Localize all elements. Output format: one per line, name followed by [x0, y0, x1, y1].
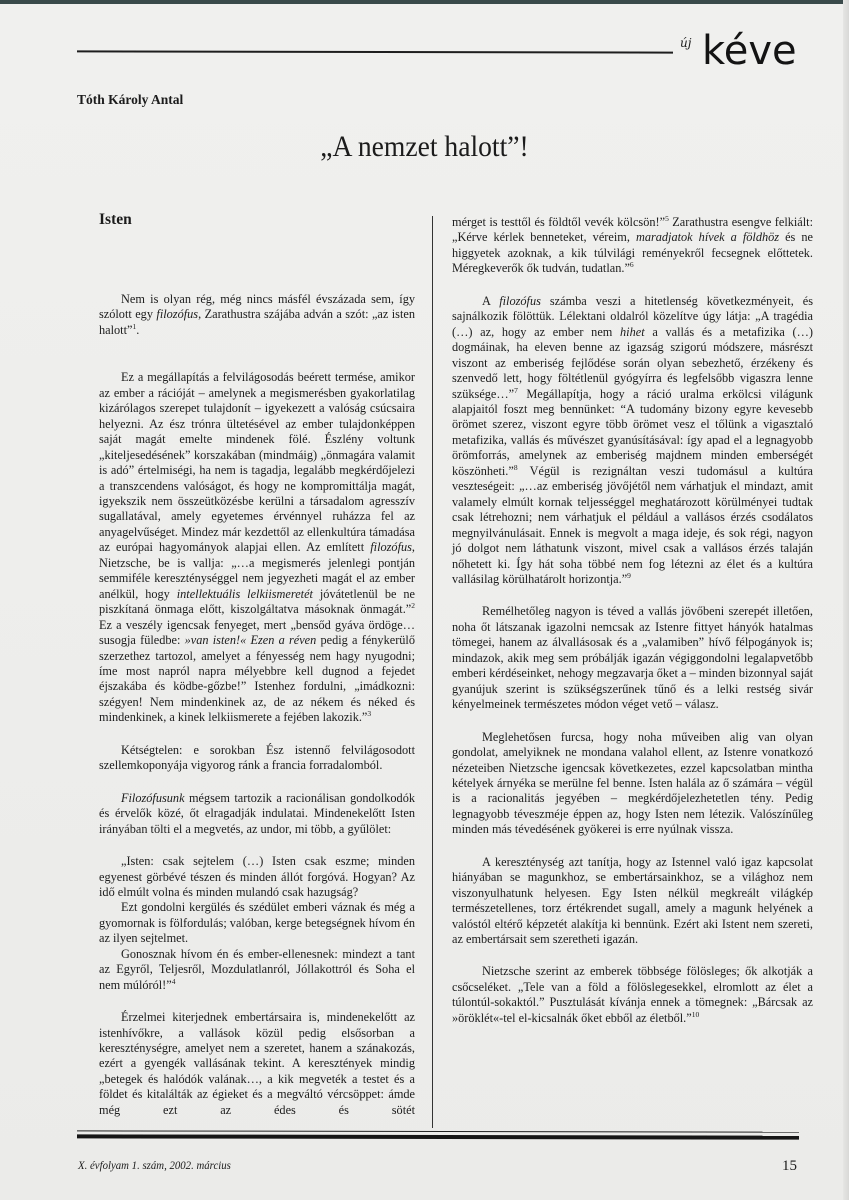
- footer-rule-thick: [77, 1134, 799, 1139]
- italic-text: Filozófusunk: [121, 791, 185, 805]
- footnote-marker: 6: [630, 260, 634, 269]
- text-run: Gonosznak hívom én és ember-ellenesnek: …: [99, 947, 415, 992]
- paragraph: Érzelmei kiterjednek embertársaira is, m…: [99, 1010, 415, 1118]
- paragraph: Meglehetősen furcsa, hogy noha műveiben …: [452, 730, 813, 838]
- page-number: 15: [782, 1158, 797, 1175]
- footnote-marker: 3: [367, 709, 371, 718]
- paragraph: Filozófusunk mégsem tartozik a racionáli…: [99, 791, 415, 837]
- magazine-logo: új kéve: [680, 34, 830, 84]
- text-run: A: [482, 294, 499, 308]
- paragraph: Nem is olyan rég, még nincs másfél évszá…: [99, 292, 415, 338]
- italic-text: filozófus: [499, 294, 541, 308]
- issue-info: X. évfolyam 1. szám, 2002. március: [78, 1158, 231, 1173]
- italic-text: maradjatok hívek a földhöz: [636, 230, 779, 244]
- section-heading: Isten: [99, 211, 132, 229]
- paragraph: Nietzsche szerint az emberek többsége fö…: [452, 964, 813, 1026]
- italic-text: filozófus: [370, 540, 412, 554]
- magazine-page: új kéve Tóth Károly Antal „A nemzet halo…: [0, 0, 849, 1200]
- paragraph: Kétségtelen: e sorokban Ész istennő felv…: [99, 743, 415, 774]
- footer-rule-thin: [77, 1130, 799, 1132]
- quote-paragraph: Gonosznak hívom én és ember-ellenesnek: …: [99, 947, 415, 993]
- text-run: Végül is rezignáltan veszi tudomásul a k…: [452, 464, 813, 586]
- logo-big-text: kéve: [702, 28, 797, 74]
- paragraph: A filozófus számba veszi a hitetlenség k…: [452, 294, 813, 588]
- column-divider: [432, 216, 433, 1128]
- scan-edge-top: [0, 0, 849, 4]
- italic-text: filozófus: [156, 307, 198, 321]
- text-run: Nietzsche szerint az emberek többsége fö…: [452, 964, 813, 1024]
- article-author: Tóth Károly Antal: [77, 92, 183, 108]
- text-run: .: [136, 323, 139, 337]
- text-run: Ez a megállapítás a felvilágosodás beére…: [99, 370, 415, 554]
- footnote-marker: 10: [692, 1010, 700, 1019]
- footnote-marker: 4: [172, 977, 176, 986]
- text-run: mérget is testtől és földtől vevék kölcs…: [452, 215, 665, 229]
- italic-text: hihet: [620, 325, 645, 339]
- logo-small-text: új: [680, 36, 691, 50]
- article-title: „A nemzet halott”!: [34, 130, 815, 164]
- header-rule: [77, 50, 673, 53]
- paragraph: Ez a megállapítás a felvilágosodás beére…: [99, 370, 415, 725]
- italic-text: intellektuális lelkiismeretét: [177, 587, 313, 601]
- paragraph: mérget is testtől és földtől vevék kölcs…: [452, 215, 813, 277]
- footnote-marker: 9: [627, 571, 631, 580]
- paragraph: Remélhetőleg nagyon is téved a vallás jö…: [452, 604, 813, 712]
- footnote-marker: 2: [411, 601, 415, 610]
- scan-edge-right: [843, 0, 849, 1200]
- italic-text: »van isten!« Ezen a réven: [185, 633, 317, 647]
- right-column: mérget is testtől és földtől vevék kölcs…: [452, 215, 813, 1026]
- quote-paragraph: „Isten: csak sejtelem (…) Isten csak esz…: [99, 854, 415, 900]
- paragraph: A kereszténység azt tanítja, hogy az Ist…: [452, 855, 813, 948]
- quote-paragraph: Ezt gondolni kergülés és szédület emberi…: [99, 900, 415, 946]
- left-column: Nem is olyan rég, még nincs másfél évszá…: [99, 292, 415, 1118]
